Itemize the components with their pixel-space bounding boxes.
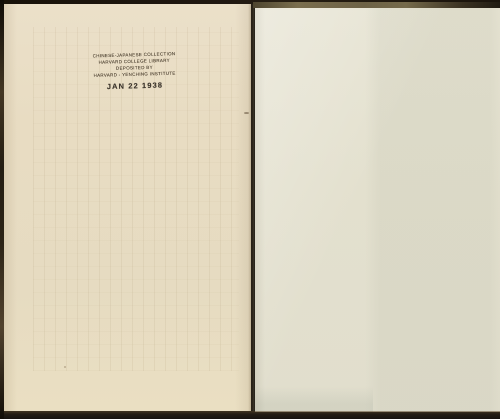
paper-shading — [255, 386, 373, 412]
scan-edge-left — [0, 0, 4, 419]
stamp-line-institute: HARVARD - YENCHING INSTITUTE — [92, 70, 178, 79]
library-stamp: CHINESE-JAPANESE COLLECTION HARVARD COLL… — [91, 51, 178, 92]
left-page: CHINESE-JAPANESE COLLECTION HARVARD COLL… — [3, 3, 251, 411]
scan-edge-bottom — [0, 411, 500, 419]
page-edges-top-right — [253, 2, 500, 8]
right-page — [255, 7, 500, 412]
book-scan: CHINESE-JAPANESE COLLECTION HARVARD COLL… — [0, 0, 500, 419]
paper-blemish — [64, 366, 66, 368]
